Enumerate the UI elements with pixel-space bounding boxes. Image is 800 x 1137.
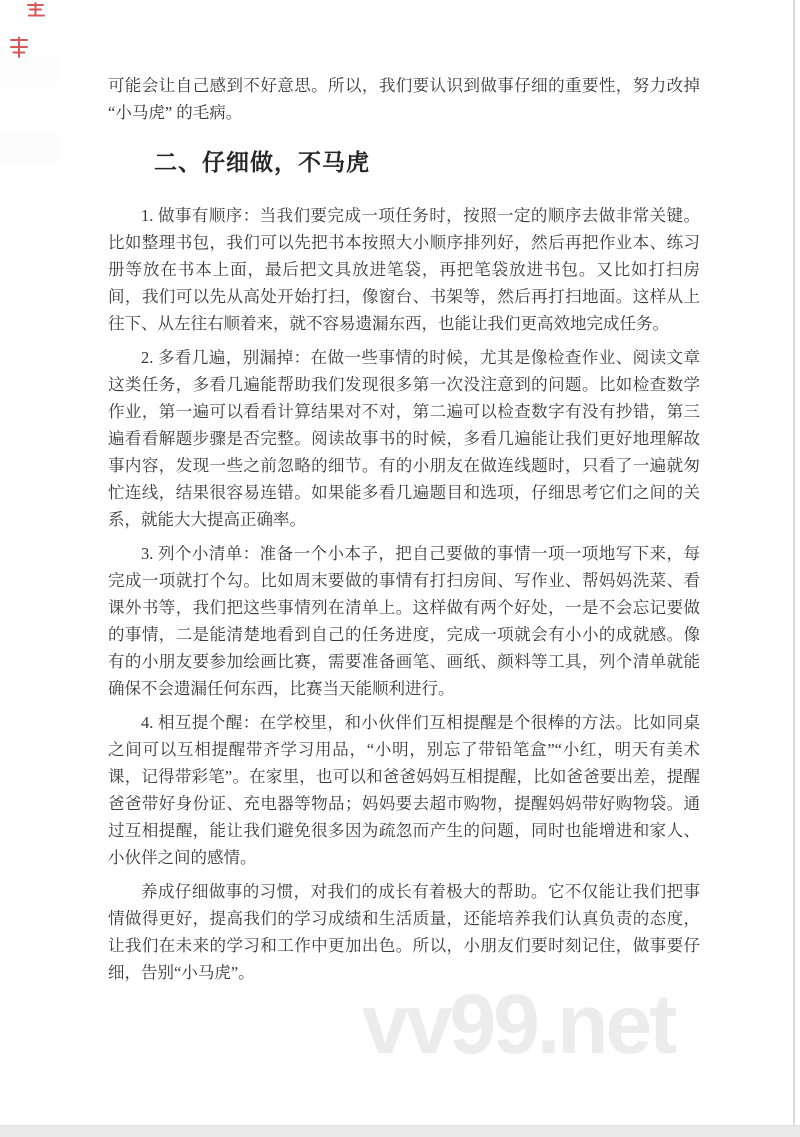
body-paragraph-4: 4. 相互提个醒：在学校里，和小伙伴们互相提醒是个很棒的方法。比如同桌之间可以互… <box>108 709 700 871</box>
closing-paragraph: 养成仔细做事的习惯，对我们的成长有着极大的帮助。它不仅能让我们把事情做得更好，提… <box>108 878 700 986</box>
page-content: 可能会让自己感到不好意思。所以，我们要认识到做事仔细的重要性，努力改掉“小马虎”… <box>108 72 700 993</box>
document-page: 可能会让自己感到不好意思。所以，我们要认识到做事仔细的重要性，努力改掉“小马虎”… <box>0 0 800 1137</box>
bottom-scrollbar-track <box>0 1125 800 1137</box>
page-edge-line <box>793 0 795 1126</box>
red-stamp-mark-icon <box>8 36 30 64</box>
red-stamp-mark-icon <box>26 2 46 23</box>
body-paragraph-2: 2. 多看几遍，别漏掉：在做一些事情的时候，尤其是像检查作业、阅读文章这类任务，… <box>108 344 700 533</box>
section-heading: 二、仔细做，不马虎 <box>108 145 700 179</box>
body-paragraph-1: 1. 做事有顺序：当我们要完成一项任务时，按照一定的顺序去做非常关键。比如整理书… <box>108 202 700 337</box>
body-paragraph-3: 3. 列个小清单：准备一个小本子，把自己要做的事情一项一项地写下来，每完成一项就… <box>108 540 700 702</box>
scan-artifact-streaks <box>0 55 60 195</box>
intro-paragraph: 可能会让自己感到不好意思。所以，我们要认识到做事仔细的重要性，努力改掉“小马虎”… <box>108 72 700 126</box>
watermark-text: vv99.net <box>362 982 762 1066</box>
